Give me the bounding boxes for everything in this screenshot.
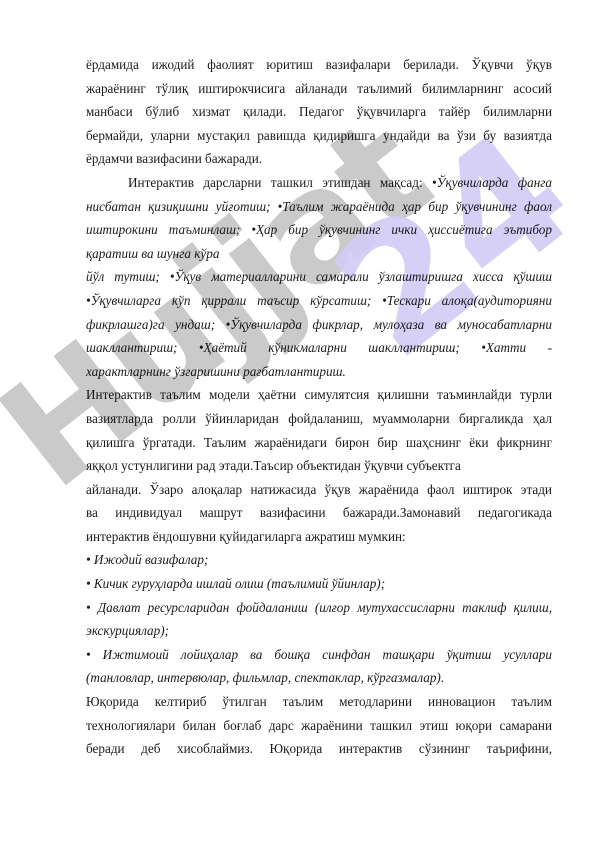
- text-line: беради деб хисоблаймиз. Юқорида интеракт…: [86, 737, 552, 761]
- paragraph-2-lead: Интерактив дарсларни ташкил этишдан мақс…: [128, 175, 432, 190]
- paragraph-1: ёрдамида ижодий фаолият юритиш вазифалар…: [86, 53, 552, 171]
- paragraph-4: Юқорида келтириб ўтилган таълим методлар…: [86, 690, 552, 761]
- text-line: йўл тутиш; •Ўқув материалларини самарали…: [86, 265, 552, 289]
- text-line: шакллантириш; •Ҳаётий кўникмаларни шаклл…: [86, 336, 552, 360]
- text-line: ёрдамчи вазифасини бажаради.: [86, 147, 552, 171]
- list-item: • Кичик гуруҳларда ишлай олиш (таълимий …: [86, 572, 552, 596]
- text-line: жараёнинг тўлиқ иштирокчисига айланади т…: [86, 77, 552, 101]
- document-body: ёрдамида ижодий фаолият юритиш вазифалар…: [86, 53, 552, 761]
- text-line: бермайди, уларни мустақил равишда қидири…: [86, 124, 552, 148]
- list-item: • Ижтимоий лойиҳалар ва бошқа синфдан та…: [86, 643, 552, 667]
- paragraph-3: Интерактив таълим модели ҳаётни симулятс…: [86, 383, 552, 548]
- text-line: вазиятларда ролли ўйинларидан фойдаланиш…: [86, 407, 552, 431]
- list-item: • Ижодий вазифалар;: [86, 548, 552, 572]
- text-line: технологиялари билан боғлаб дарс жараёни…: [86, 714, 552, 738]
- list-item: • Давлат ресурсларидан фойдаланиш (илғор…: [86, 596, 552, 620]
- list-item-continuation: (танловлар, интервюлар, фильмлар, спекта…: [86, 666, 552, 690]
- text-line: Интерактив таълим модели ҳаётни симулятс…: [86, 383, 552, 407]
- paragraph-2: Интерактив дарсларни ташкил этишдан мақс…: [86, 171, 552, 383]
- text-line: ёрдамида ижодий фаолият юритиш вазифалар…: [86, 53, 552, 77]
- text-line: Юқорида келтириб ўтилган таълим методлар…: [86, 690, 552, 714]
- text-line: нисбатан қизиқишни уйғотиш; •Таълим жара…: [86, 195, 552, 219]
- approaches-list: • Ижодий вазифалар; • Кичик гуруҳларда и…: [86, 548, 552, 690]
- text-line: ва индивидуал машрут вазифасини бажаради…: [86, 501, 552, 525]
- text-line: иштирокини таъминлаш; •Ҳар бир ўқувчинин…: [86, 218, 552, 242]
- text-line: фикрлашга)га ундаш; •Ўқувчиларда фикрлар…: [86, 313, 552, 337]
- text-line: характларнинг ўзгаришини рағбатлантириш.: [86, 360, 552, 384]
- text-line: айланади. Ўзаро алоқалар натижасида ўқув…: [86, 478, 552, 502]
- text-line: •Ўқувчиларга кўп қиррали таъсир кўрсатиш…: [86, 289, 552, 313]
- text-line: Интерактив дарсларни ташкил этишдан мақс…: [86, 171, 552, 195]
- goal-item: •Ўқувчиларда фанга: [432, 175, 552, 190]
- text-line: манбаси бўлиб хизмат қилади. Педагог ўқу…: [86, 100, 552, 124]
- list-item-continuation: экскурциялар);: [86, 619, 552, 643]
- text-line: қилишга ўргатади. Таълим жараёнидаги бир…: [86, 431, 552, 455]
- text-line: яққол устунлигини рад этади.Таъсир объек…: [86, 454, 552, 478]
- document-page: Hujjat 24 ёрдамида ижодий фаолият юритиш…: [0, 0, 596, 842]
- text-line: интерактив ёндошувни қуйидагиларга ажрат…: [86, 525, 552, 549]
- text-line: қаратиш ва шунга кўра: [86, 242, 552, 266]
